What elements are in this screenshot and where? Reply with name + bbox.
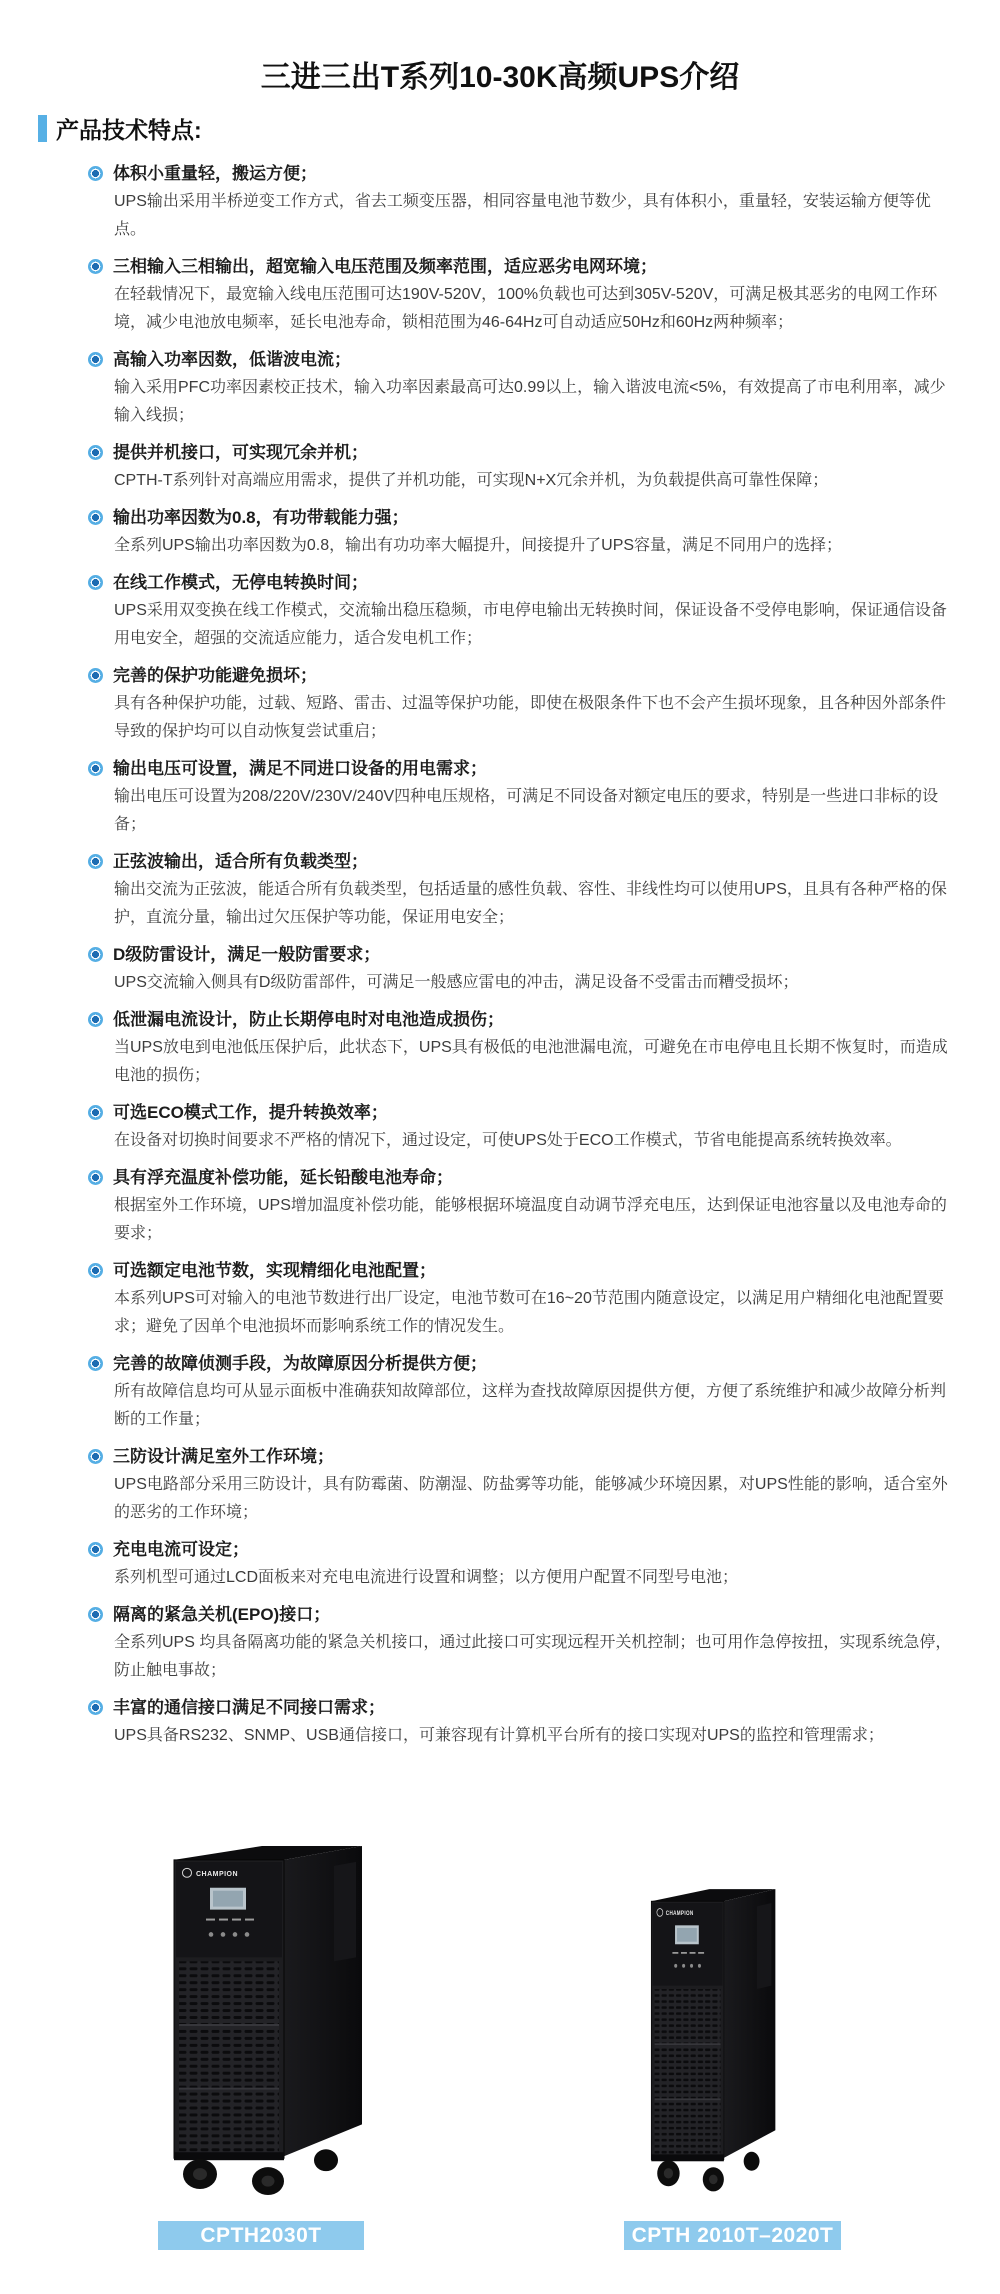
feature-item: 完善的保护功能避免损坏； 具有各种保护功能，过载、短路、雷击、过温等保护功能，即… [88,662,953,746]
bullet-circle-icon [88,1449,103,1464]
bullet-circle-icon [88,668,103,683]
bullet-circle-icon [88,1170,103,1185]
feature-description: UPS电路部分采用三防设计，具有防霉菌、防潮湿、防盐雾等功能，能够减少环境因累，… [114,1471,953,1527]
section-title: 产品技术特点: [56,112,202,145]
feature-title: 完善的故障侦测手段，为故障原因分析提供方便； [113,1350,487,1378]
section-header: 产品技术特点: [38,112,202,145]
feature-item: 隔离的紧急关机(EPO)接口； 全系列UPS 均具备隔离功能的紧急关机接口，通过… [88,1601,953,1685]
feature-item: 高输入功率因数，低谐波电流； 输入采用PFC功率因素校正技术，输入功率因素最高可… [88,346,953,430]
feature-description: 输出电压可设置为208/220V/230V/240V四种电压规格，可满足不同设备… [114,783,953,839]
feature-description: 输入采用PFC功率因素校正技术，输入功率因素最高可达0.99以上，输入谐波电流<… [114,374,953,430]
feature-title: 高输入功率因数，低谐波电流； [113,346,351,374]
feature-description: 根据室外工作环境，UPS增加温度补偿功能，能够根据环境温度自动调节浮充电压，达到… [114,1192,953,1248]
feature-description: 系列机型可通过LCD面板来对充电电流进行设置和调整；以方便用户配置不同型号电池； [114,1564,953,1592]
feature-title: 三防设计满足室外工作环境； [113,1443,334,1471]
brand-name: CHAMPION [196,1871,238,1878]
feature-item: 三相输入三相输出，超宽输入电压范围及频率范围，适应恶劣电网环境； 在轻载情况下，… [88,253,953,337]
feature-description: 全系列UPS 均具备隔离功能的紧急关机接口，通过此接口可实现远程开关机控制；也可… [114,1629,953,1685]
feature-title: 充电电流可设定； [113,1536,249,1564]
product-label-right: CPTH 2010T–2020T [624,2221,841,2250]
bullet-circle-icon [88,947,103,962]
feature-description: 当UPS放电到电池低压保护后，此状态下，UPS具有极低的电池泄漏电流，可避免在市… [114,1034,953,1090]
feature-title: 低泄漏电流设计，防止长期停电时对电池造成损伤； [113,1006,504,1034]
page-title: 三进三出T系列10-30K高频UPS介绍 [0,52,1000,96]
bullet-circle-icon [88,510,103,525]
bullet-circle-icon [88,1356,103,1371]
ups-product-image-right: CHAMPION [646,1884,778,2194]
feature-title: 具有浮充温度补偿功能，延长铅酸电池寿命； [113,1164,453,1192]
feature-description: 具有各种保护功能，过载、短路、雷击、过温等保护功能，即使在极限条件下也不会产生损… [114,690,953,746]
feature-description: 全系列UPS输出功率因数为0.8，输出有功功率大幅提升，间接提升了UPS容量，满… [114,532,953,560]
bullet-circle-icon [88,1012,103,1027]
feature-description: UPS交流输入侧具有D级防雷部件，可满足一般感应雷电的冲击，满足设备不受雷击而糟… [114,969,953,997]
feature-title: 正弦波输出，适合所有负载类型； [113,848,368,876]
feature-description: CPTH-T系列针对高端应用需求，提供了并机功能，可实现N+X冗余并机，为负载提… [114,467,953,495]
bullet-circle-icon [88,259,103,274]
feature-title: 在线工作模式，无停电转换时间； [113,569,368,597]
feature-title: 可选额定电池节数，实现精细化电池配置； [113,1257,436,1285]
product-label-left: CPTH2030T [158,2221,364,2250]
feature-item: 提供并机接口，可实现冗余并机； CPTH-T系列针对高端应用需求，提供了并机功能… [88,439,953,495]
section-accent-bar [38,115,47,142]
feature-title: 输出电压可设置，满足不同进口设备的用电需求； [113,755,487,783]
bullet-circle-icon [88,1105,103,1120]
feature-item: 正弦波输出，适合所有负载类型； 输出交流为正弦波，能适合所有负载类型，包括适量的… [88,848,953,932]
feature-title: 可选ECO模式工作，提升转换效率； [113,1099,388,1127]
bullet-circle-icon [88,575,103,590]
feature-description: UPS采用双变换在线工作模式，交流输出稳压稳频，市电停电输出无转换时间，保证设备… [114,597,953,653]
feature-item: 三防设计满足室外工作环境； UPS电路部分采用三防设计，具有防霉菌、防潮湿、防盐… [88,1443,953,1527]
feature-description: 在轻载情况下，最宽输入线电压范围可达190V-520V，100%负载也可达到30… [114,281,953,337]
feature-description: 本系列UPS可对输入的电池节数进行出厂设定，电池节数可在16~20节范围内随意设… [114,1285,953,1341]
feature-list: 体积小重量轻，搬运方便； UPS输出采用半桥逆变工作方式，省去工频变压器，相同容… [88,160,953,1759]
feature-description: UPS具备RS232、SNMP、USB通信接口，可兼容现有计算机平台所有的接口实… [114,1722,953,1750]
feature-description: 输出交流为正弦波，能适合所有负载类型，包括适量的感性负载、容性、非线性均可以使用… [114,876,953,932]
feature-title: 丰富的通信接口满足不同接口需求； [113,1694,385,1722]
feature-item: 丰富的通信接口满足不同接口需求； UPS具备RS232、SNMP、USB通信接口… [88,1694,953,1750]
feature-title: 提供并机接口，可实现冗余并机； [113,439,368,467]
brand-name: CHAMPION [666,1911,694,1918]
feature-description: 所有故障信息均可从显示面板中准确获知故障部位，这样为查找故障原因提供方便，方便了… [114,1378,953,1434]
feature-title: 隔离的紧急关机(EPO)接口； [113,1601,330,1629]
bullet-circle-icon [88,445,103,460]
feature-item: 充电电流可设定； 系列机型可通过LCD面板来对充电电流进行设置和调整；以方便用户… [88,1536,953,1592]
feature-item: 可选额定电池节数，实现精细化电池配置； 本系列UPS可对输入的电池节数进行出厂设… [88,1257,953,1341]
bullet-circle-icon [88,761,103,776]
feature-title: 输出功率因数为0.8，有功带载能力强； [113,504,409,532]
bullet-circle-icon [88,1700,103,1715]
bullet-circle-icon [88,1263,103,1278]
feature-title: 体积小重量轻，搬运方便； [113,160,317,188]
vent-grille [655,1989,721,2154]
feature-title: 完善的保护功能避免损坏； [113,662,317,690]
bullet-circle-icon [88,166,103,181]
bullet-circle-icon [88,854,103,869]
feature-item: 在线工作模式，无停电转换时间； UPS采用双变换在线工作模式，交流输出稳压稳频，… [88,569,953,653]
bullet-circle-icon [88,352,103,367]
feature-item: 完善的故障侦测手段，为故障原因分析提供方便； 所有故障信息均可从显示面板中准确获… [88,1350,953,1434]
bullet-circle-icon [88,1542,103,1557]
feature-description: UPS输出采用半桥逆变工作方式，省去工频变压器，相同容量电池节数少，具有体积小，… [114,188,953,244]
feature-item: 输出电压可设置，满足不同进口设备的用电需求； 输出电压可设置为208/220V/… [88,755,953,839]
feature-description: 在设备对切换时间要求不严格的情况下，通过设定，可使UPS处于ECO工作模式，节省… [114,1127,953,1155]
feature-title: D级防雷设计，满足一般防雷要求； [113,941,380,969]
feature-title: 三相输入三相输出，超宽输入电压范围及频率范围，适应恶劣电网环境； [113,253,657,281]
feature-item: D级防雷设计，满足一般防雷要求； UPS交流输入侧具有D级防雷部件，可满足一般感… [88,941,953,997]
feature-item: 体积小重量轻，搬运方便； UPS输出采用半桥逆变工作方式，省去工频变压器，相同容… [88,160,953,244]
feature-item: 具有浮充温度补偿功能，延长铅酸电池寿命； 根据室外工作环境，UPS增加温度补偿功… [88,1164,953,1248]
ups-product-image-left: CHAMPION [166,1840,366,2198]
feature-item: 可选ECO模式工作，提升转换效率； 在设备对切换时间要求不严格的情况下，通过设定… [88,1099,953,1155]
bullet-circle-icon [88,1607,103,1622]
feature-item: 低泄漏电流设计，防止长期停电时对电池造成损伤； 当UPS放电到电池低压保护后，此… [88,1006,953,1090]
feature-item: 输出功率因数为0.8，有功带载能力强； 全系列UPS输出功率因数为0.8，输出有… [88,504,953,560]
vent-grille [179,1961,279,2152]
